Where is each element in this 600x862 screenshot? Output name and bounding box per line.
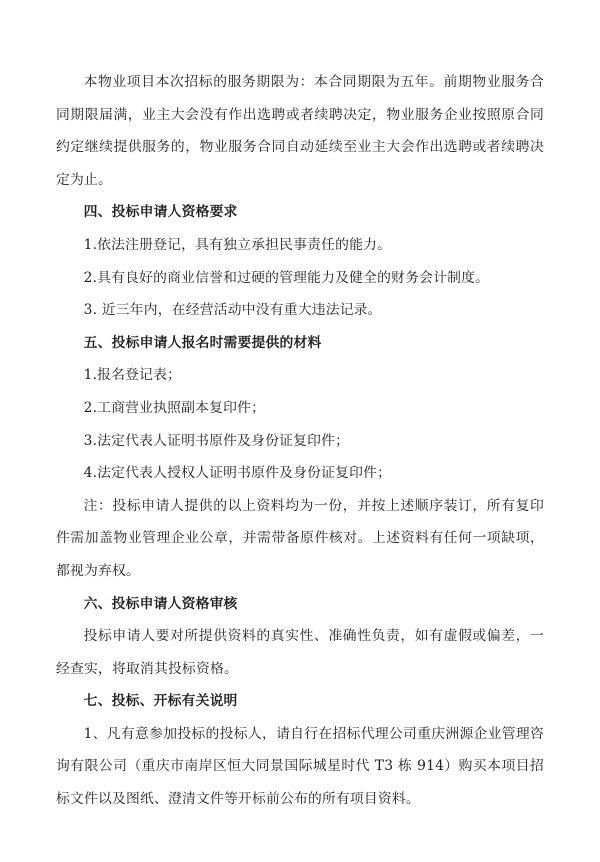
section-heading: 七、投标、开标有关说明 bbox=[56, 685, 544, 718]
paragraph: 3. 近三年内，在经营活动中没有重大违法记录。 bbox=[56, 294, 544, 327]
section-heading: 四、投标申请人资格要求 bbox=[56, 196, 544, 229]
paragraph: 1.报名登记表； bbox=[56, 359, 544, 392]
section-heading: 六、投标申请人资格审核 bbox=[56, 588, 544, 621]
paragraph: 1、凡有意参加投标的投标人，请自行在招标代理公司重庆洲源企业管理咨询有限公司（重… bbox=[56, 718, 544, 816]
paragraph: 3.法定代表人证明书原件及身份证复印件； bbox=[56, 425, 544, 458]
paragraph: 本物业项目本次招标的服务期限为：本合同期限为五年。前期物业服务合同期限届满，业主… bbox=[56, 66, 544, 196]
paragraph: 2.具有良好的商业信誉和过硬的管理能力及健全的财务会计制度。 bbox=[56, 262, 544, 295]
paragraph: 1.依法注册登记，具有独立承担民事责任的能力。 bbox=[56, 229, 544, 262]
section-heading: 五、投标申请人报名时需要提供的材料 bbox=[56, 327, 544, 360]
document-page: 本物业项目本次招标的服务期限为：本合同期限为五年。前期物业服务合同期限届满，业主… bbox=[0, 0, 600, 862]
paragraph: 注：投标申请人提供的以上资料均为一份，并按上述顺序装订，所有复印件需加盖物业管理… bbox=[56, 490, 544, 588]
paragraph: 投标申请人要对所提供资料的真实性、准确性负责，如有虚假或偏差，一经查实，将取消其… bbox=[56, 620, 544, 685]
paragraph: 2.工商营业执照副本复印件； bbox=[56, 392, 544, 425]
paragraph: 4.法定代表人授权人证明书原件及身份证复印件； bbox=[56, 457, 544, 490]
document-body: 本物业项目本次招标的服务期限为：本合同期限为五年。前期物业服务合同期限届满，业主… bbox=[56, 66, 544, 816]
